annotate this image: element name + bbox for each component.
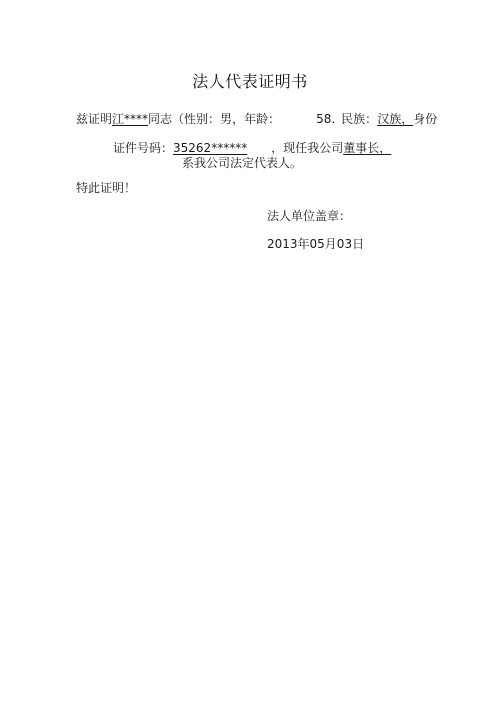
age-label: ，年龄： [232, 112, 280, 126]
id-label-start: 身份 [413, 112, 437, 126]
current-position-label: ，现任我公司 [271, 141, 343, 155]
gender-value: 男 [220, 112, 232, 126]
ethnicity-label: 民族： [341, 112, 377, 126]
representative-name: 江**** [112, 112, 148, 126]
closing-statement: 特此证明！ [76, 180, 136, 196]
position-value: 董事长， [343, 141, 391, 155]
certificate-line-3: 系我公司法定代表人。 [182, 155, 302, 171]
comrade-gender-label: 同志（性别： [148, 112, 220, 126]
certificate-line-1: 兹证明江****同志（性别：男，年龄：58.民族：汉族，身份 [76, 111, 437, 127]
ethnicity-value: 汉族， [377, 112, 413, 126]
id-number-label: 证件号码： [113, 141, 173, 155]
intro-text: 兹证明 [76, 112, 112, 126]
document-page: 法人代表证明书 兹证明江****同志（性别：男，年龄：58.民族：汉族，身份 证… [0, 0, 500, 708]
id-number-value: 35262****** [173, 141, 257, 155]
issue-date: 2013年05月03日 [267, 236, 364, 252]
age-value: 58. [316, 112, 335, 126]
seal-label: 法人单位盖章： [267, 208, 351, 224]
document-title: 法人代表证明书 [0, 69, 500, 92]
certificate-line-2: 证件号码：35262******，现任我公司董事长， [113, 140, 391, 156]
